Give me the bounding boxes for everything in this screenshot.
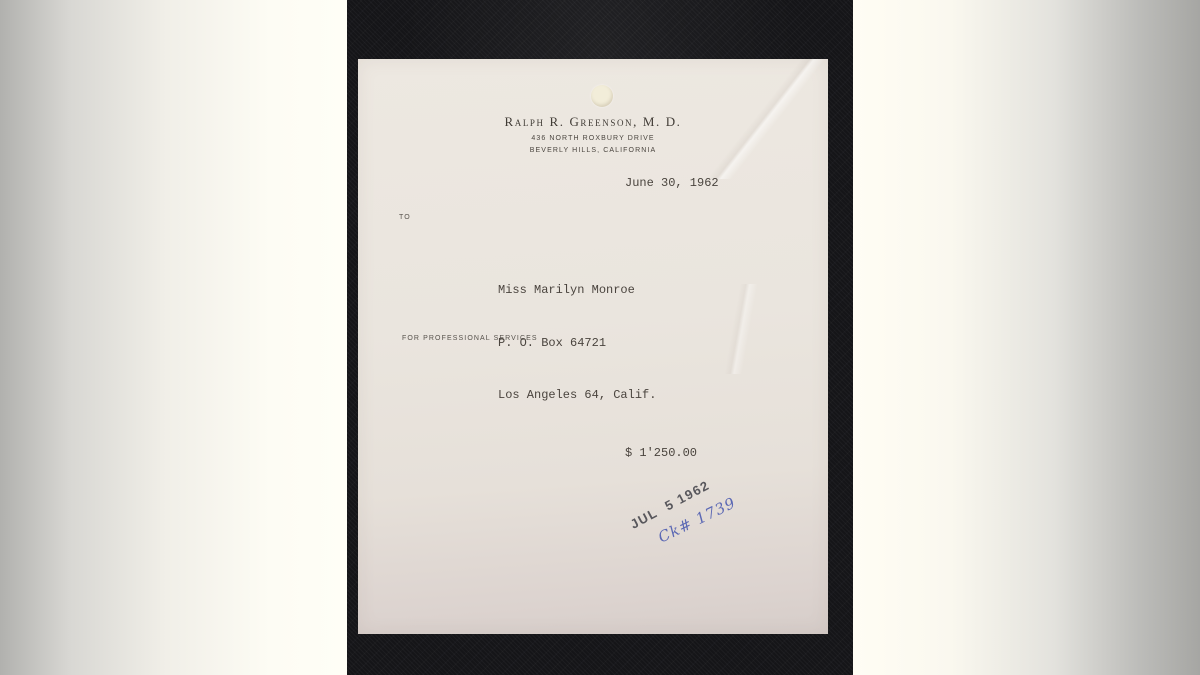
recipient-name: Miss Marilyn Monroe [498, 282, 656, 300]
amount-value: $ 1'250.00 [625, 446, 697, 460]
paper-crease [648, 284, 828, 374]
article-image: Ralph R. Greenson, M. D. 436 NORTH ROXBU… [0, 0, 1200, 675]
services-label: FOR PROFESSIONAL SERVICES [402, 335, 538, 342]
punch-hole [591, 85, 613, 107]
letterhead-city: BEVERLY HILLS, CALIFORNIA [358, 147, 828, 154]
invoice-document: Ralph R. Greenson, M. D. 436 NORTH ROXBU… [358, 59, 828, 634]
recipient-address: Miss Marilyn Monroe P. O. Box 64721 Los … [498, 247, 656, 440]
letterhead-street: 436 NORTH ROXBURY DRIVE [358, 135, 828, 142]
invoice-date: June 30, 1962 [625, 176, 719, 190]
black-fabric-backdrop: Ralph R. Greenson, M. D. 436 NORTH ROXBU… [347, 0, 853, 675]
letterhead-name: Ralph R. Greenson, M. D. [358, 114, 828, 130]
recipient-city: Los Angeles 64, Calif. [498, 387, 656, 405]
blurred-left-panel [0, 0, 347, 675]
letterhead: Ralph R. Greenson, M. D. 436 NORTH ROXBU… [358, 114, 828, 154]
to-label: TO [399, 214, 411, 221]
blurred-right-panel [853, 0, 1200, 675]
